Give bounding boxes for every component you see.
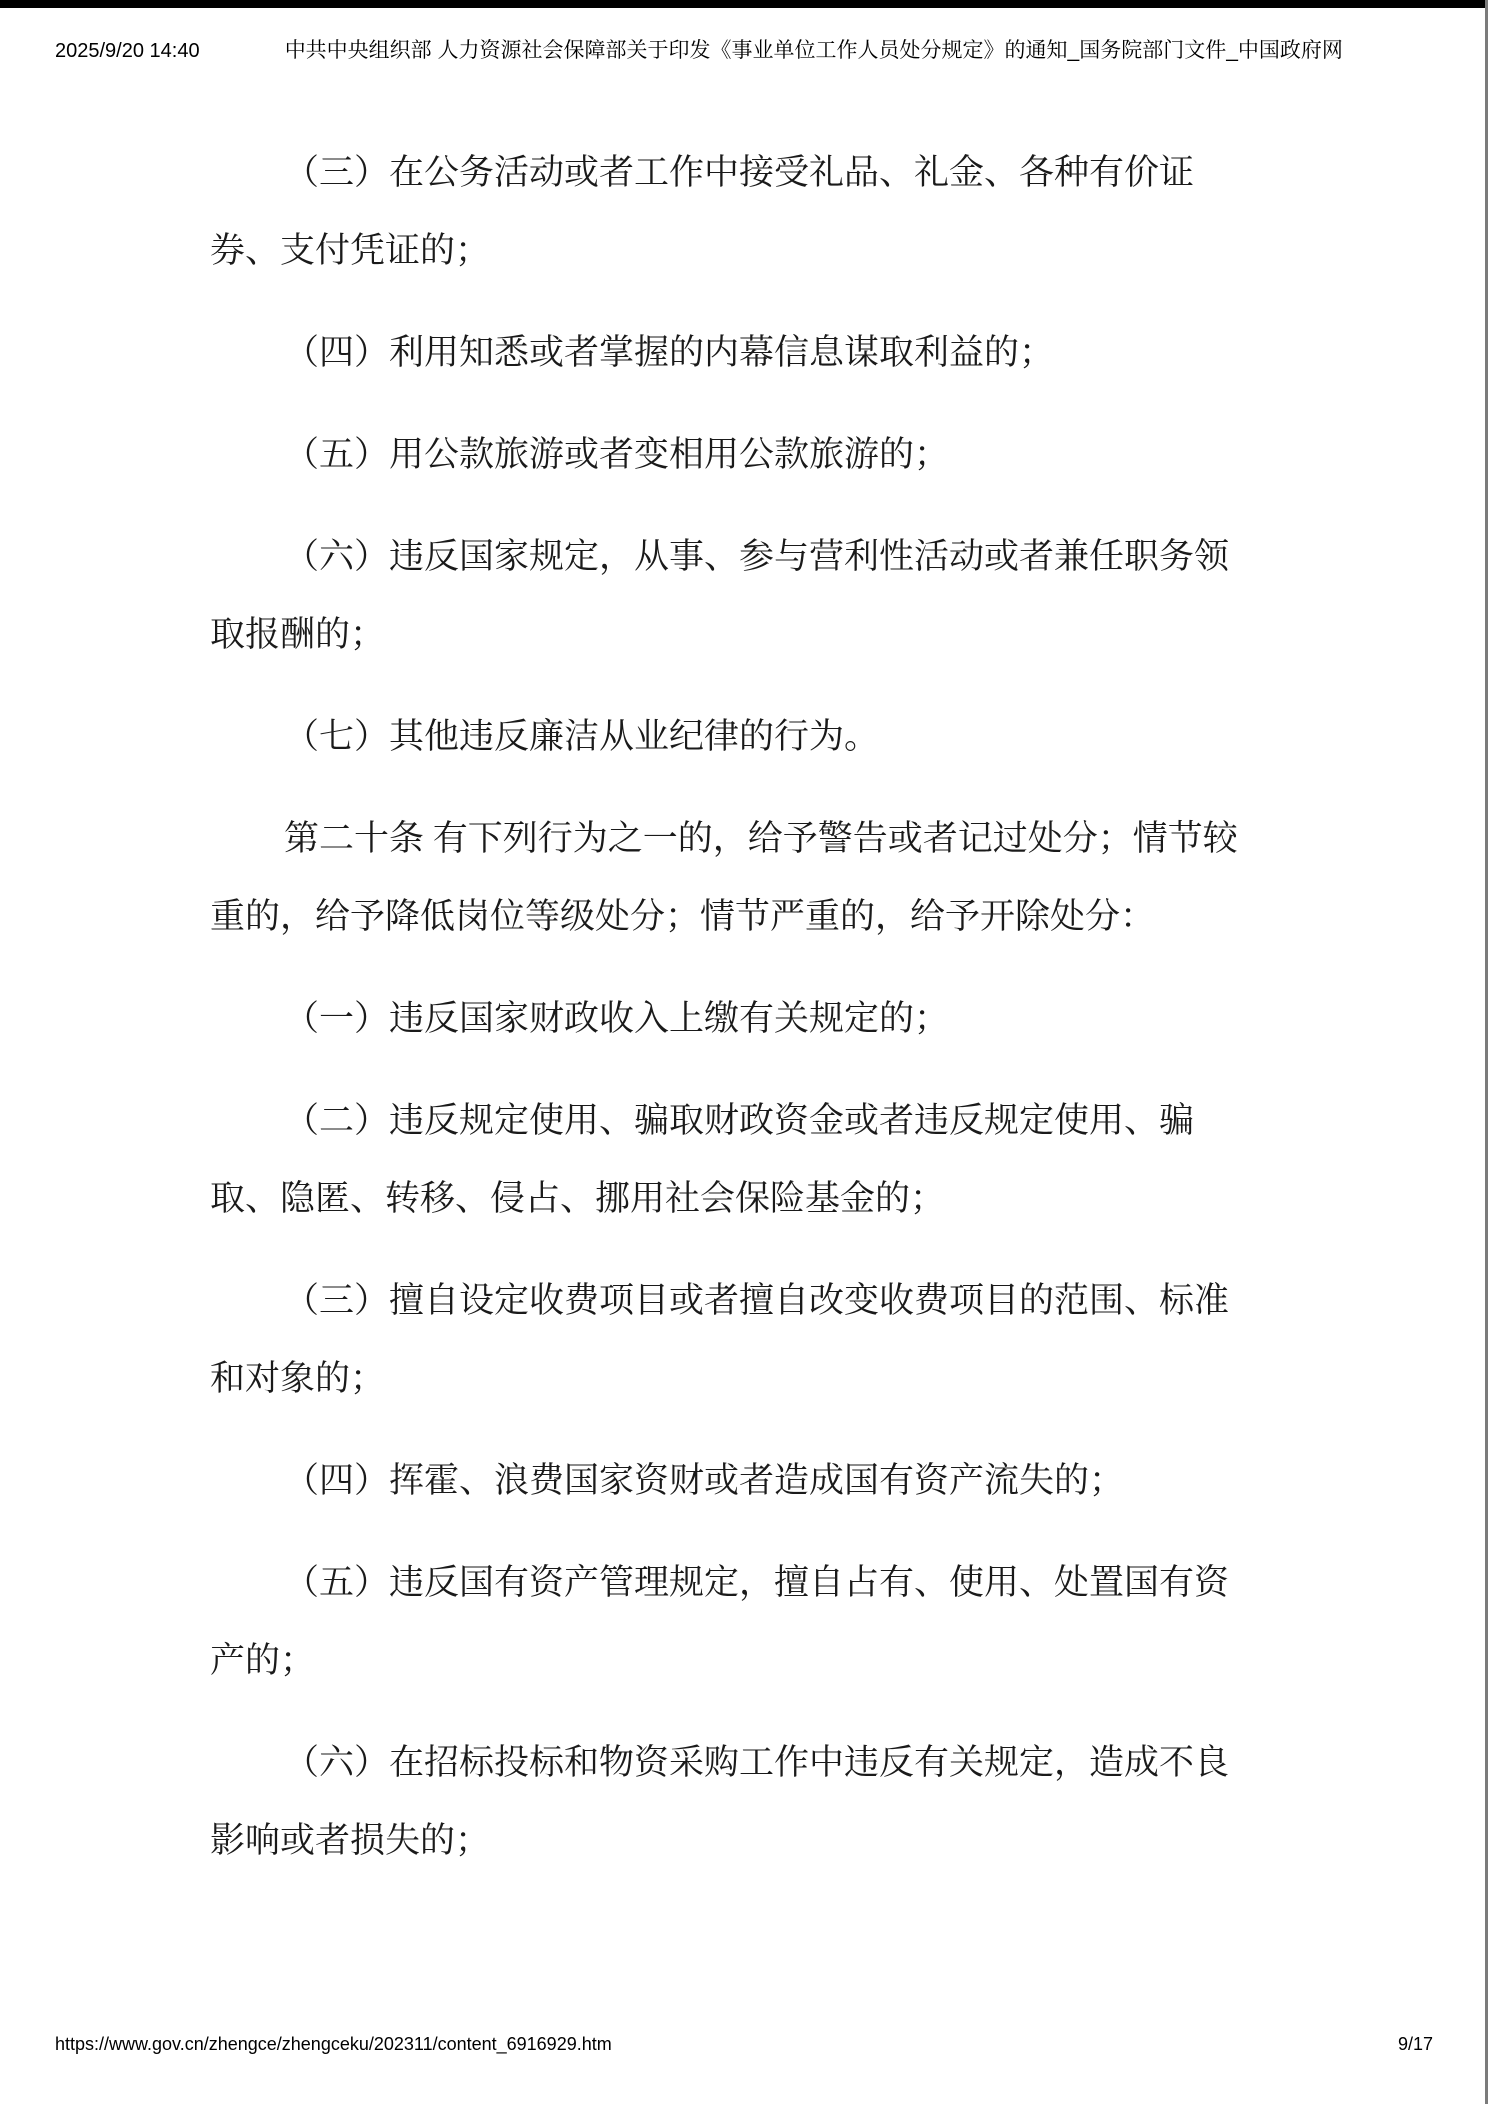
text-line: （二）违反规定使用、骗取财政资金或者违反规定使用、骗: [210, 1082, 1440, 1160]
source-url: https://www.gov.cn/zhengce/zhengceku/202…: [55, 2034, 612, 2055]
print-header: 2025/9/20 14:40 中共中央组织部 人力资源社会保障部关于印发《事业…: [55, 34, 1428, 64]
document-paragraph: 第二十条 有下列行为之一的，给予警告或者记过处分；情节较重的，给予降低岗位等级处…: [210, 800, 1440, 956]
print-preview-page: 2025/9/20 14:40 中共中央组织部 人力资源社会保障部关于印发《事业…: [0, 0, 1488, 2104]
print-datetime: 2025/9/20 14:40: [55, 40, 200, 63]
text-line: （七）其他违反廉洁从业纪律的行为。: [210, 698, 1440, 776]
text-line: （五）用公款旅游或者变相用公款旅游的；: [210, 416, 1440, 494]
text-line: （一）违反国家财政收入上缴有关规定的；: [210, 980, 1440, 1058]
document-paragraph: （六）在招标投标和物资采购工作中违反有关规定，造成不良影响或者损失的；: [210, 1724, 1440, 1880]
text-line: （四）挥霍、浪费国家资财或者造成国有资产流失的；: [210, 1442, 1440, 1520]
print-document-title: 中共中央组织部 人力资源社会保障部关于印发《事业单位工作人员处分规定》的通知_国…: [200, 34, 1428, 64]
document-paragraph: （五）违反国有资产管理规定，擅自占有、使用、处置国有资产的；: [210, 1544, 1440, 1700]
text-line: 影响或者损失的；: [210, 1802, 1440, 1880]
window-top-edge: [0, 0, 1488, 8]
document-paragraph: （三）擅自设定收费项目或者擅自改变收费项目的范围、标准和对象的；: [210, 1262, 1440, 1418]
document-paragraph: （六）违反国家规定，从事、参与营利性活动或者兼任职务领取报酬的；: [210, 518, 1440, 674]
document-paragraph: （一）违反国家财政收入上缴有关规定的；: [210, 980, 1440, 1058]
document-paragraph: （四）利用知悉或者掌握的内幕信息谋取利益的；: [210, 314, 1440, 392]
text-line: 券、支付凭证的；: [210, 212, 1440, 290]
text-line: （五）违反国有资产管理规定，擅自占有、使用、处置国有资: [210, 1544, 1440, 1622]
document-body: （三）在公务活动或者工作中接受礼品、礼金、各种有价证券、支付凭证的；（四）利用知…: [210, 134, 1440, 1904]
text-line: （六）违反国家规定，从事、参与营利性活动或者兼任职务领: [210, 518, 1440, 596]
text-line: 和对象的；: [210, 1340, 1440, 1418]
text-line: 产的；: [210, 1622, 1440, 1700]
text-line: 重的，给予降低岗位等级处分；情节严重的，给予开除处分：: [210, 878, 1440, 956]
text-line: 取、隐匿、转移、侵占、挪用社会保险基金的；: [210, 1160, 1440, 1238]
text-line: （四）利用知悉或者掌握的内幕信息谋取利益的；: [210, 314, 1440, 392]
document-paragraph: （七）其他违反廉洁从业纪律的行为。: [210, 698, 1440, 776]
print-footer: https://www.gov.cn/zhengce/zhengceku/202…: [55, 2034, 1433, 2055]
text-line: （三）擅自设定收费项目或者擅自改变收费项目的范围、标准: [210, 1262, 1440, 1340]
text-line: 第二十条 有下列行为之一的，给予警告或者记过处分；情节较: [210, 800, 1440, 878]
text-line: （六）在招标投标和物资采购工作中违反有关规定，造成不良: [210, 1724, 1440, 1802]
document-paragraph: （三）在公务活动或者工作中接受礼品、礼金、各种有价证券、支付凭证的；: [210, 134, 1440, 290]
text-line: （三）在公务活动或者工作中接受礼品、礼金、各种有价证: [210, 134, 1440, 212]
document-paragraph: （五）用公款旅游或者变相用公款旅游的；: [210, 416, 1440, 494]
document-paragraph: （二）违反规定使用、骗取财政资金或者违反规定使用、骗取、隐匿、转移、侵占、挪用社…: [210, 1082, 1440, 1238]
page-indicator: 9/17: [1398, 2034, 1433, 2055]
document-paragraph: （四）挥霍、浪费国家资财或者造成国有资产流失的；: [210, 1442, 1440, 1520]
text-line: 取报酬的；: [210, 596, 1440, 674]
